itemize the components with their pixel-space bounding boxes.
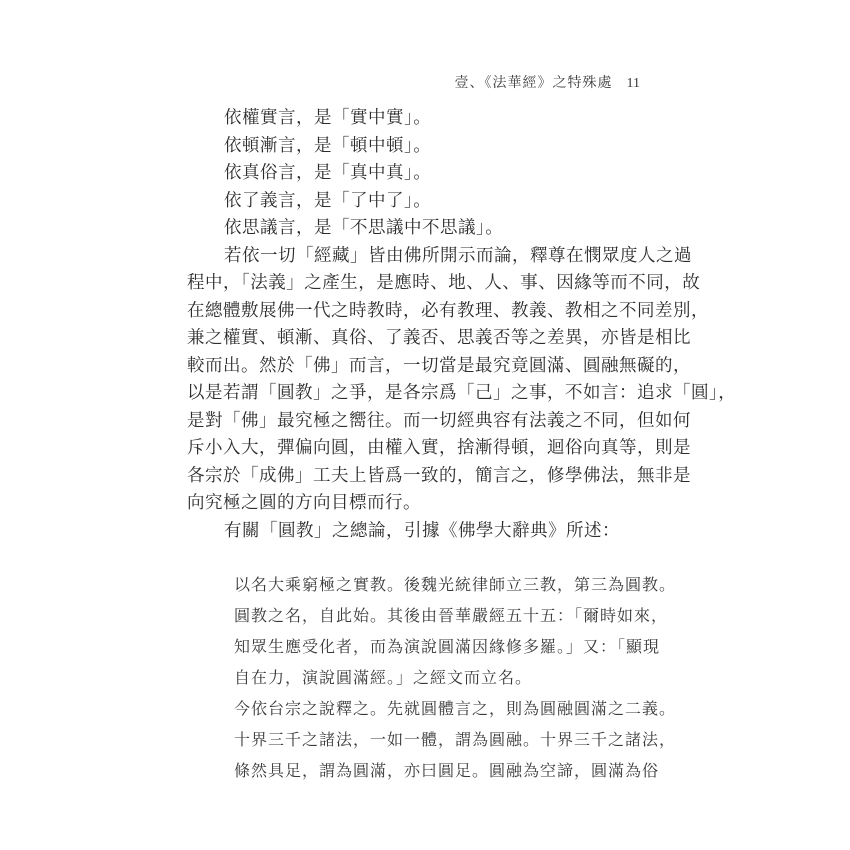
quote-line: 圓教之名，自此始。其後由晉華嚴經五十五：「爾時如來， <box>234 601 707 632</box>
text-line: 在總體敷展佛一代之時教時，必有教理、教義、教相之不同差別， <box>187 297 707 325</box>
quote-line: 十界三千之諸法，一如一體，謂為圓融。十界三千之諸法， <box>234 725 707 756</box>
text-line: 較而出。然於「佛」而言，一切當是最究竟圓滿、圓融無礙的， <box>187 352 707 380</box>
quote-line: 以名大乘窮極之實教。後魏光統律師立三教，第三為圓教。 <box>234 570 707 601</box>
text-line: 依思議言，是「不思議中不思議」。 <box>187 214 707 242</box>
quote-line: 今依台宗之說釋之。先就圓體言之，則為圓融圓滿之二義。 <box>234 694 707 725</box>
block-quote: 以名大乘窮極之實教。後魏光統律師立三教，第三為圓教。 圓教之名，自此始。其後由晉… <box>187 570 707 787</box>
page-number: 11 <box>627 76 640 91</box>
quote-line: 知眾生應受化者，而為演說圓滿因緣修多羅。」又：「顯現 <box>234 632 707 663</box>
text-line: 斥小入大，彈偏向圓，由權入實，捨漸得頓，迴俗向真等，則是 <box>187 434 707 462</box>
text-line: 是對「佛」最究極之嚮往。而一切經典容有法義之不同，但如何 <box>187 407 707 435</box>
text-line: 各宗於「成佛」工夫上皆爲一致的，簡言之，修學佛法，無非是 <box>187 462 707 490</box>
text-line: 依權實言，是「實中實」。 <box>187 104 707 132</box>
text-line: 程中，「法義」之產生，是應時、地、人、事、因緣等而不同，故 <box>187 269 707 297</box>
quote-line: 自在力，演說圓滿經。」之經文而立名。 <box>234 663 707 694</box>
text-line: 依真俗言，是「真中真」。 <box>187 159 707 187</box>
text-line: 以是若謂「圓教」之爭，是各宗爲「己」之事，不如言：追求「圓」， <box>187 379 707 407</box>
text-line: 兼之權實、頓漸、真俗、了義否、思義否等之差異，亦皆是相比 <box>187 324 707 352</box>
text-line: 有關「圓教」之總論，引據《佛學大辭典》所述： <box>187 517 707 545</box>
chapter-title: 壹、《法華經》之特殊處 <box>455 76 613 91</box>
running-header: 壹、《法華經》之特殊處11 <box>0 72 640 92</box>
text-line: 向究極之圓的方向目標而行。 <box>187 489 707 517</box>
quote-line: 條然具足，謂為圓滿，亦曰圓足。圓融為空諦，圓滿為俗 <box>234 756 707 787</box>
text-line: 依了義言，是「了中了」。 <box>187 187 707 215</box>
text-line: 若依一切「經藏」皆由佛所開示而論，釋尊在憫眾度人之過 <box>187 242 707 270</box>
document-page: 壹、《法華經》之特殊處11 依權實言，是「實中實」。 依頓漸言，是「頓中頓」。 … <box>0 0 850 850</box>
text-line: 依頓漸言，是「頓中頓」。 <box>187 132 707 160</box>
page-body: 依權實言，是「實中實」。 依頓漸言，是「頓中頓」。 依真俗言，是「真中真」。 依… <box>187 104 707 787</box>
